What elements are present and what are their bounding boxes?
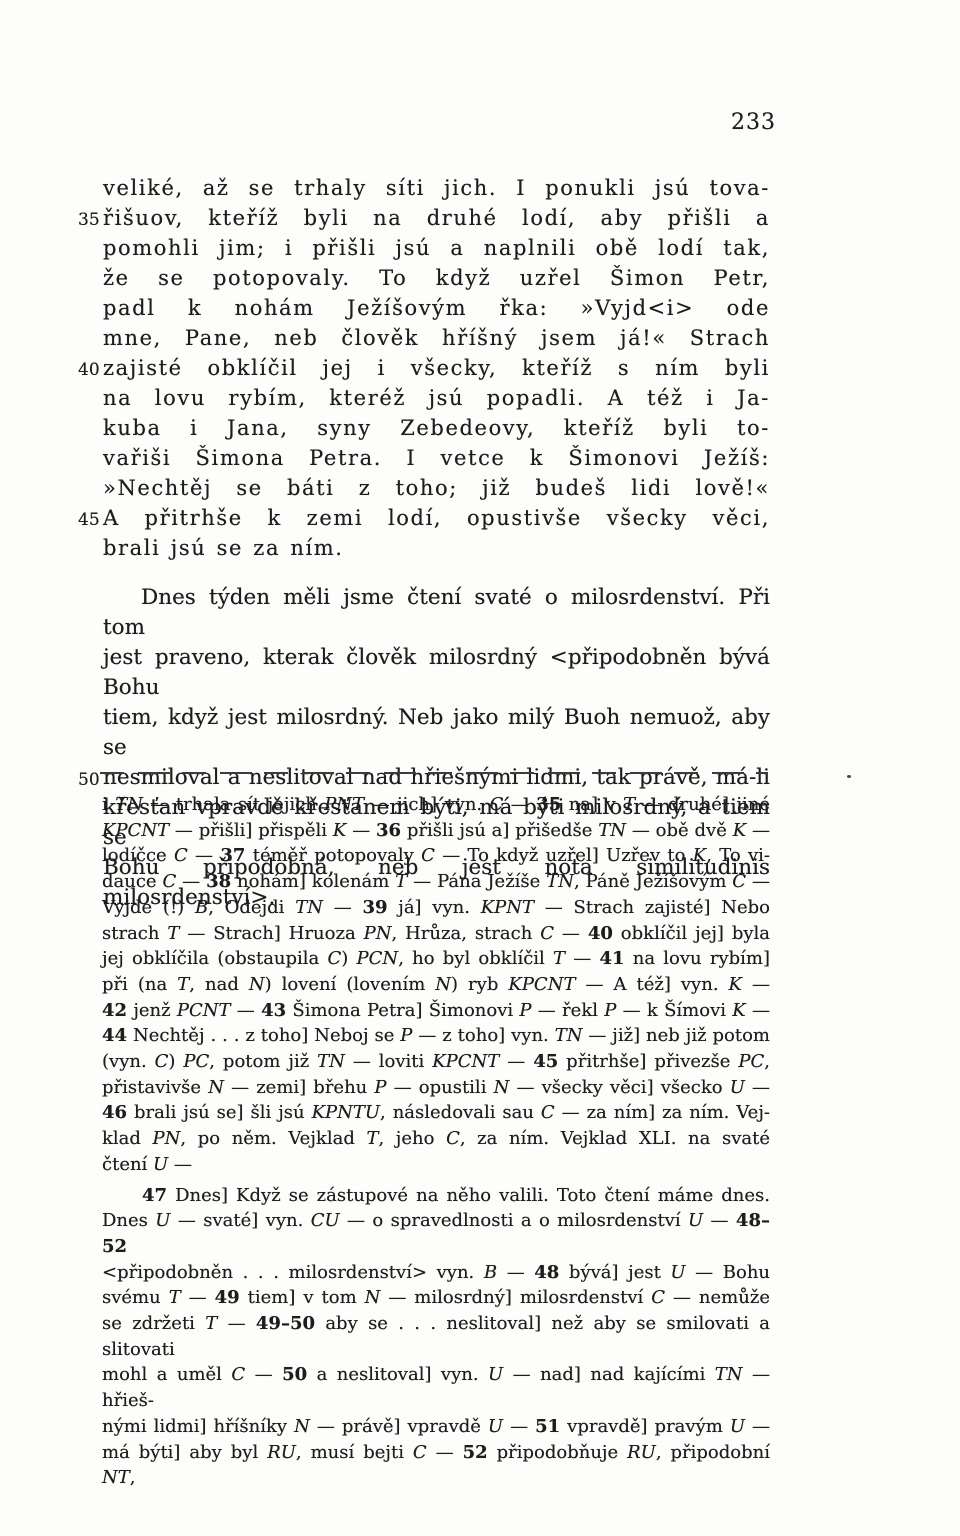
apparatus-line: i TN — trhala sít jejich PNT — jich] vyn… (102, 792, 770, 818)
apparatus-line: svému T — 49 tiem] v tom N — milosrdný] … (102, 1285, 770, 1311)
manuscript-siglum: C (540, 923, 554, 944)
apparatus-line: klad PN, po něm. Vejklad T, jeho C, za n… (102, 1126, 770, 1152)
verse-line: A přitrhše k zemi lodí, opustivše všecky… (103, 503, 770, 533)
apparatus-text: <připodobněn . . . milosrdenství> vyn. (102, 1262, 484, 1283)
apparatus-text: — (746, 871, 770, 892)
apparatus-text: nými lidmi] hříšníky (102, 1416, 294, 1437)
verse-line: pomohli jim; i přišli jsú a naplnili obě… (103, 233, 770, 263)
apparatus-text: ) lovení (lovením (265, 974, 436, 995)
apparatus-text: , To vi- (706, 845, 770, 866)
apparatus-line: Dnes U — svaté] vyn. CU — o spravedlnost… (102, 1208, 770, 1259)
apparatus-line: 42 jenž PCNT — 43 Šimona Petra] Šimonovi… (102, 998, 770, 1024)
apparatus-verse-number: 39 (362, 897, 387, 918)
apparatus-text: , nad (189, 974, 249, 995)
apparatus-text: — (168, 1154, 192, 1175)
manuscript-siglum: P (604, 1000, 616, 1021)
apparatus-text: — (217, 1313, 256, 1334)
apparatus-text: vpravdě] pravým (560, 1416, 730, 1437)
apparatus-verse-number: 48 (534, 1262, 559, 1283)
apparatus-text: — (188, 845, 221, 866)
manuscript-siglum: P (374, 1077, 386, 1098)
manuscript-siglum: N (494, 1077, 510, 1098)
apparatus-text: — jich] vyn. (364, 794, 489, 815)
apparatus-text: — (499, 1051, 533, 1072)
apparatus-line: strach T — Strach] Hruoza PN, Hrůza, str… (102, 921, 770, 947)
apparatus-line: dauce C — 38 nohám] kolenám T — Pána Jež… (102, 869, 770, 895)
apparatus-line: KPCNT — přišli] přispěli K — 36 přišli j… (102, 818, 770, 844)
apparatus-text: — (554, 923, 588, 944)
apparatus-line: Vyjde (!) B, Odejdi TN — 39 já] vyn. KPN… (102, 895, 770, 921)
prose-line: jest praveno, kterak člověk milosrdný <p… (103, 643, 770, 703)
apparatus-text: — k Šímovi (616, 1000, 732, 1021)
apparatus-verse-number: 52 (463, 1442, 488, 1463)
apparatus-text: — (497, 1262, 534, 1283)
apparatus-text: , za ním. Vejklad XLI. na svaté (460, 1128, 770, 1149)
verse-line: »Nechtěj se báti z toho; již budeš lidi … (103, 473, 770, 503)
manuscript-siglum: U (730, 1416, 745, 1437)
manuscript-siglum: C (328, 948, 342, 969)
apparatus-text: Nechtěj . . . z toho] Neboj se (127, 1025, 400, 1046)
manuscript-siglum: T (169, 1287, 181, 1308)
margin-verse-number: 50 (78, 765, 100, 795)
apparatus-text: , potom již (209, 1051, 317, 1072)
verse-line: mne, Pane, neb člověk hříšný jsem já!« S… (103, 323, 770, 353)
verse-line: že se potopovaly. To když uzřel Šimon Pe… (103, 263, 770, 293)
verse-line: řišuov, kteříž byli na druhé lodí, aby p… (103, 203, 770, 233)
manuscript-siglum: K (733, 820, 746, 841)
apparatus-text: — (503, 1416, 535, 1437)
apparatus-text: — zemi] břehu (224, 1077, 374, 1098)
apparatus-text: — (346, 820, 376, 841)
manuscript-siglum: PN (153, 1128, 181, 1149)
manuscript-siglum: C (732, 871, 746, 892)
apparatus-text: klad (102, 1128, 153, 1149)
apparatus-paragraph: i TN — trhala sít jejich PNT — jich] vyn… (102, 792, 770, 1178)
apparatus-text: — (245, 1364, 282, 1385)
apparatus-line: se zdržeti T — 49–50 aby se . . . neslit… (102, 1311, 770, 1362)
apparatus-text: obklíčil jej] byla (613, 923, 770, 944)
manuscript-siglum: C (162, 871, 176, 892)
apparatus-text: — (746, 1000, 770, 1021)
apparatus-text: — milosrdný] milosrdenství (380, 1287, 651, 1308)
manuscript-siglum: U (153, 1154, 168, 1175)
apparatus-text: se zdržeti (102, 1313, 205, 1334)
apparatus-text: přitrhše] přivezše (558, 1051, 738, 1072)
apparatus-text: — druhé] jiné (635, 794, 770, 815)
apparatus-line: nými lidmi] hříšníky N — právě] vpravdě … (102, 1414, 770, 1440)
apparatus-text: — (323, 897, 362, 918)
apparatus-verse-number: 42 (102, 1000, 127, 1021)
apparatus-text: — trhala sít jejich (143, 794, 324, 815)
apparatus-text: má býti] aby byl (102, 1442, 267, 1463)
apparatus-text: , ho byl obklíčil (398, 948, 553, 969)
apparatus-line: (vyn. C) PC, potom již TN — loviti KPCNT… (102, 1049, 770, 1075)
apparatus-text: — o spravedlnosti a o milosrdenství (340, 1210, 688, 1231)
apparatus-text: na] v (561, 794, 623, 815)
apparatus-line: při (na T, nad N) lovení (lovením N) ryb… (102, 972, 770, 998)
apparatus-text: — (565, 948, 599, 969)
manuscript-siglum: U (670, 1262, 685, 1283)
manuscript-siglum: U (488, 1416, 503, 1437)
apparatus-text: ) (168, 1051, 183, 1072)
verse-line: veliké, až se trhaly síti jich. I ponukl… (103, 173, 770, 203)
apparatus-text: , následovali sau (380, 1102, 541, 1123)
apparatus-verse-number: 38 (206, 871, 231, 892)
apparatus-verse-number: 40 (588, 923, 613, 944)
manuscript-siglum: C (651, 1287, 665, 1308)
verse-line: padl k nohám Ježíšovým řka: »Vyjd<i> ode (103, 293, 770, 323)
prose-line: nesmiloval a neslitoval nad hřiešnými li… (103, 763, 770, 793)
apparatus-text: — (745, 1077, 770, 1098)
manuscript-siglum: C (174, 845, 188, 866)
apparatus-text: lodíčce (102, 845, 174, 866)
manuscript-siglum: PN (364, 923, 392, 944)
apparatus-text: — řekl (532, 1000, 605, 1021)
apparatus-text: , Odejdi (208, 897, 295, 918)
manuscript-siglum: K (333, 820, 346, 841)
manuscript-siglum: B (195, 897, 208, 918)
apparatus-text: — již] neb již potom (582, 1025, 770, 1046)
apparatus-text: — Strach] Hruoza (179, 923, 363, 944)
apparatus-text: téměř potopovaly (245, 845, 421, 866)
manuscript-siglum: C (231, 1364, 245, 1385)
manuscript-siglum: T (395, 871, 407, 892)
manuscript-siglum: PNT (324, 794, 364, 815)
manuscript-siglum: N (365, 1287, 381, 1308)
manuscript-siglum: TN (317, 1051, 345, 1072)
manuscript-siglum: C (446, 1128, 460, 1149)
manuscript-siglum: C (413, 1442, 427, 1463)
apparatus-text: i (102, 794, 115, 815)
verse-line: na lovu rybím, kteréž jsú popadli. A též… (103, 383, 770, 413)
apparatus-text: Šimona Petra] Šimonovi (286, 1000, 519, 1021)
manuscript-siglum: N (249, 974, 265, 995)
apparatus-text: Dnes (102, 1210, 155, 1231)
apparatus-text: — svaté] vyn. (170, 1210, 310, 1231)
manuscript-siglum: C (541, 1102, 555, 1123)
apparatus-text: — To když uzřel] Uzřev to (435, 845, 693, 866)
manuscript-siglum: U (155, 1210, 170, 1231)
manuscript-siglum: N (208, 1077, 224, 1098)
apparatus-text: — (745, 1416, 770, 1437)
apparatus-text: — (176, 871, 206, 892)
manuscript-siglum: U (730, 1077, 745, 1098)
apparatus-text: — (703, 1210, 736, 1231)
ink-speck (847, 775, 851, 778)
manuscript-siglum: CU (311, 1210, 340, 1231)
manuscript-siglum: PCNT (177, 1000, 231, 1021)
apparatus-line: čtení U — (102, 1152, 770, 1178)
apparatus-text: přistavivše (102, 1077, 208, 1098)
verse-block: veliké, až se trhaly síti jich. I ponukl… (103, 173, 770, 563)
apparatus-text: ) (341, 948, 356, 969)
verse-line: zajisté obklíčil jej i všecky, kteříž s … (103, 353, 770, 383)
apparatus-text: — všecky věci] všecko (509, 1077, 729, 1098)
apparatus-text: Vyjde (!) (102, 897, 195, 918)
apparatus-text: — (231, 1000, 262, 1021)
manuscript-siglum: B (484, 1262, 497, 1283)
apparatus-verse-number: 37 (220, 845, 245, 866)
page-number: 233 (731, 110, 776, 135)
manuscript-siglum: KPNTU (312, 1102, 380, 1123)
margin-verse-number: 35 (78, 205, 100, 235)
apparatus-text: — přišli] přispěli (169, 820, 333, 841)
manuscript-siglum: KPCNT (432, 1051, 499, 1072)
apparatus-text: strach (102, 923, 167, 944)
apparatus-text: — Pána Ježíše (407, 871, 546, 892)
manuscript-siglum: TN (115, 794, 143, 815)
apparatus-text: přišli jsú a] přišedše (401, 820, 598, 841)
apparatus-text: — nad] nad kajícími (503, 1364, 715, 1385)
apparatus-text: dauce (102, 871, 162, 892)
apparatus-text: , musí bejti (296, 1442, 413, 1463)
manuscript-siglum: KPCNT (508, 974, 575, 995)
apparatus-line: 47 Dnes] Když se zástupové na něho valil… (102, 1183, 770, 1209)
apparatus-verse-number: 35 (536, 794, 561, 815)
manuscript-siglum: C (490, 794, 504, 815)
apparatus-verse-number: 45 (533, 1051, 558, 1072)
margin-verse-number: 40 (78, 355, 100, 385)
apparatus-text: — (503, 794, 536, 815)
margin-verse-number: 45 (78, 505, 100, 535)
verse-line: vařiši Šimona Petra. I vetce k Šimonovi … (103, 443, 770, 473)
apparatus-text: — za ním] za ním. Vej- (555, 1102, 770, 1123)
apparatus-verse-number: 44 (102, 1025, 127, 1046)
manuscript-siglum: T (177, 974, 189, 995)
apparatus-text: — (427, 1442, 463, 1463)
apparatus-divider-rule (100, 772, 768, 774)
apparatus-verse-number: 49 (215, 1287, 240, 1308)
manuscript-siglum: C (421, 845, 435, 866)
apparatus-verse-number: 51 (535, 1416, 560, 1437)
prose-line: Dnes týden měli jsme čtení svaté o milos… (103, 583, 770, 643)
apparatus-line: <připodobněn . . . milosrdenství> vyn. B… (102, 1260, 770, 1286)
apparatus-text: — Strach zajisté] Nebo (534, 897, 770, 918)
apparatus-verse-number: 50 (282, 1364, 307, 1385)
manuscript-siglum: U (688, 1210, 703, 1231)
apparatus-text: Dnes] Když se zástupové na něho valili. … (167, 1185, 770, 1206)
apparatus-text: , jeho (378, 1128, 446, 1149)
apparatus-text: , (130, 1467, 136, 1488)
manuscript-siglum: TN (555, 1025, 583, 1046)
apparatus-text: tiem] v tom (240, 1287, 365, 1308)
manuscript-siglum: KPNT (481, 897, 534, 918)
apparatus-text: , Páně Ježíšovým (574, 871, 732, 892)
manuscript-siglum: PCN (357, 948, 399, 969)
manuscript-siglum: TN (598, 820, 626, 841)
manuscript-siglum: T (623, 794, 635, 815)
manuscript-siglum: RU (267, 1442, 296, 1463)
manuscript-siglum: NT (102, 1467, 130, 1488)
apparatus-verse-number: 43 (261, 1000, 286, 1021)
apparatus-verse-number: 41 (599, 948, 624, 969)
apparatus-text: svému (102, 1287, 169, 1308)
manuscript-siglum: N (435, 974, 451, 995)
apparatus-verse-number: 47 (142, 1185, 167, 1206)
manuscript-siglum: T (167, 923, 179, 944)
verse-line: brali jsú se za ním. (103, 533, 770, 563)
manuscript-siglum: TN (295, 897, 323, 918)
apparatus-verse-number: 46 (102, 1102, 127, 1123)
manuscript-siglum: T (205, 1313, 217, 1334)
apparatus-text: — (742, 974, 770, 995)
manuscript-siglum: U (488, 1364, 503, 1385)
apparatus-text: , Hrůza, strach (391, 923, 540, 944)
manuscript-siglum: P (400, 1025, 412, 1046)
apparatus-text: — loviti (345, 1051, 432, 1072)
apparatus-text: — opustili (387, 1077, 494, 1098)
apparatus-paragraph: 47 Dnes] Když se zástupové na něho valil… (102, 1183, 770, 1491)
manuscript-siglum: PC (738, 1051, 764, 1072)
apparatus-text: , připodobní (656, 1442, 770, 1463)
manuscript-siglum: K (732, 1000, 745, 1021)
apparatus-text: připodobňuje (488, 1442, 627, 1463)
manuscript-siglum: RU (627, 1442, 656, 1463)
apparatus-line: mohl a uměl C — 50 a neslitoval] vyn. U … (102, 1362, 770, 1413)
apparatus-text: jej obklíčila (obstaupila (102, 948, 328, 969)
apparatus-line: jej obklíčila (obstaupila C) PCN, ho byl… (102, 946, 770, 972)
apparatus-text: — nemůže (665, 1287, 770, 1308)
apparatus-line: lodíčce C — 37 téměř potopovaly C — To k… (102, 843, 770, 869)
apparatus-text: — obě dvě (626, 820, 733, 841)
prose-line: tiem, když jest milosrdný. Neb jako milý… (103, 703, 770, 763)
apparatus-text: — Bohu (686, 1262, 770, 1283)
critical-apparatus: i TN — trhala sít jejich PNT — jich] vyn… (102, 792, 770, 1491)
manuscript-siglum: TN (715, 1364, 743, 1385)
manuscript-siglum: N (294, 1416, 310, 1437)
manuscript-siglum: T (553, 948, 565, 969)
manuscript-siglum: K (729, 974, 742, 995)
apparatus-text: , po něm. Vejklad (180, 1128, 366, 1149)
apparatus-text: bývá] jest (559, 1262, 670, 1283)
manuscript-siglum: T (366, 1128, 378, 1149)
manuscript-siglum: C (155, 1051, 169, 1072)
apparatus-text: a neslitoval] vyn. (307, 1364, 488, 1385)
apparatus-line: má býti] aby byl RU, musí bejti C — 52 p… (102, 1440, 770, 1491)
apparatus-text: čtení (102, 1154, 153, 1175)
apparatus-text: — (181, 1287, 215, 1308)
apparatus-verse-number: 49–50 (256, 1313, 315, 1334)
apparatus-text: , (764, 1051, 770, 1072)
apparatus-text: nohám] kolenám (231, 871, 395, 892)
apparatus-text: na lovu rybím] (625, 948, 770, 969)
apparatus-line: 46 brali jsú se] šli jsú KPNTU, následov… (102, 1100, 770, 1126)
manuscript-siglum: KPCNT (102, 820, 169, 841)
apparatus-text: ) ryb (451, 974, 508, 995)
apparatus-text: — A též] vyn. (575, 974, 728, 995)
verse-line: kuba i Jana, syny Zebedeovy, kteříž byli… (103, 413, 770, 443)
apparatus-text: — právě] vpravdě (310, 1416, 488, 1437)
apparatus-text: — (746, 820, 770, 841)
apparatus-line: přistavivše N — zemi] břehu P — opustili… (102, 1075, 770, 1101)
apparatus-verse-number: 36 (376, 820, 401, 841)
apparatus-text: při (na (102, 974, 177, 995)
manuscript-siglum: P (519, 1000, 531, 1021)
apparatus-text: (vyn. (102, 1051, 155, 1072)
apparatus-text: mohl a uměl (102, 1364, 231, 1385)
apparatus-text: brali jsú se] šli jsú (127, 1102, 312, 1123)
apparatus-text: jenž (127, 1000, 177, 1021)
manuscript-siglum: K (693, 845, 706, 866)
apparatus-line: 44 Nechtěj . . . z toho] Neboj se P — z … (102, 1023, 770, 1049)
book-page: 233 veliké, až se trhaly síti jich. I po… (0, 0, 960, 1536)
manuscript-siglum: PC (183, 1051, 209, 1072)
apparatus-text: — z toho] vyn. (412, 1025, 554, 1046)
apparatus-text: já] vyn. (388, 897, 481, 918)
manuscript-siglum: TN (546, 871, 574, 892)
